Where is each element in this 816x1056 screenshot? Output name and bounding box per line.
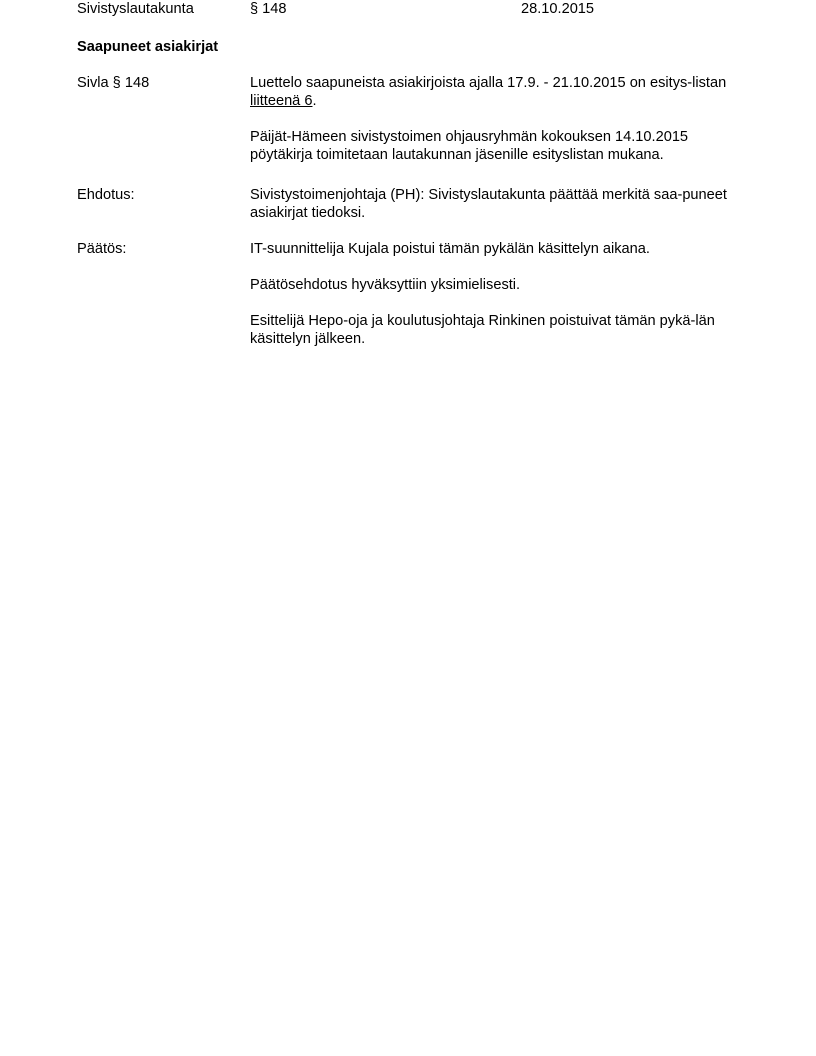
section-title: Saapuneet asiakirjat xyxy=(77,38,218,56)
document-header: Sivistyslautakunta § 148 28.10.2015 xyxy=(0,0,816,20)
row-content: IT-suunnittelija Kujala poistui tämän py… xyxy=(250,240,745,348)
row-label: Ehdotus: xyxy=(77,186,135,204)
attachment-link[interactable]: liitteenä 6 xyxy=(250,93,312,109)
row-content: Sivistystoimenjohtaja (PH): Sivistyslaut… xyxy=(250,186,745,222)
paragraph: Esittelijä Hepo-oja ja koulutusjohtaja R… xyxy=(250,312,745,348)
row-content: Luettelo saapuneista asiakirjoista ajall… xyxy=(250,74,745,164)
organization-name: Sivistyslautakunta xyxy=(77,0,194,18)
paragraph: Sivistystoimenjohtaja (PH): Sivistyslaut… xyxy=(250,186,745,222)
row-label: Päätös: xyxy=(77,240,127,258)
meeting-date: 28.10.2015 xyxy=(521,0,594,18)
section-number: § 148 xyxy=(250,0,287,18)
paragraph: Päijät-Hämeen sivistystoimen ohjausryhmä… xyxy=(250,128,745,164)
paragraph: Päätösehdotus hyväksyttiin yksimielisest… xyxy=(250,276,745,294)
paragraph: Luettelo saapuneista asiakirjoista ajall… xyxy=(250,74,745,110)
row-label: Sivla § 148 xyxy=(77,74,149,92)
paragraph-text: . xyxy=(312,93,316,109)
paragraph-text: Luettelo saapuneista asiakirjoista ajall… xyxy=(250,75,726,91)
paragraph: IT-suunnittelija Kujala poistui tämän py… xyxy=(250,240,745,258)
